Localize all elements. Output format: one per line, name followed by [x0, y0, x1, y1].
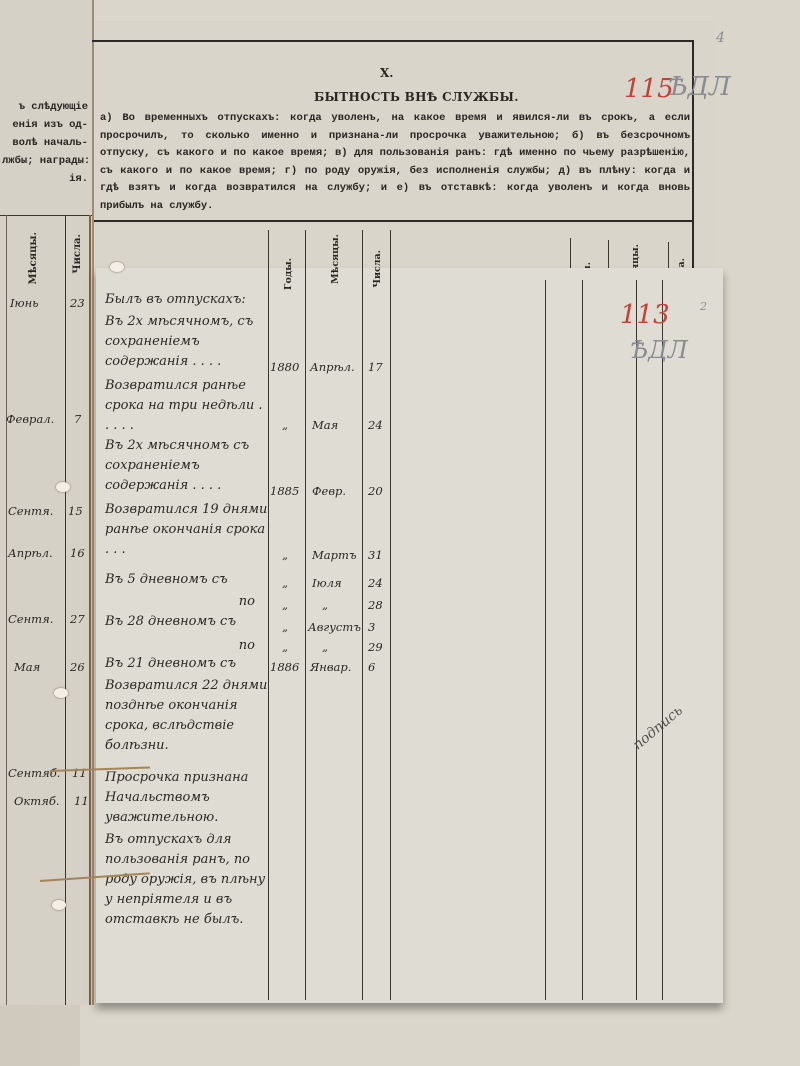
entry-year: 1880 — [270, 360, 299, 374]
left-header-days: Числа. — [72, 234, 83, 274]
entry-month: Мая — [312, 418, 338, 432]
section-number: X. — [380, 66, 394, 80]
entry-text: по — [105, 636, 255, 656]
col-line — [390, 230, 391, 1000]
entry-month: Августъ — [308, 620, 361, 634]
left-vline — [65, 215, 66, 1005]
col-line — [545, 280, 546, 1000]
binding-hole — [56, 482, 70, 492]
entry-month: Апрѣл. — [310, 360, 355, 374]
entry-month: „ — [322, 640, 328, 654]
section-title: БЫТНОСТЬ ВНѢ СЛУЖБЫ. — [314, 90, 519, 104]
entry-text: по — [105, 592, 255, 612]
left-day: 15 — [68, 504, 83, 518]
page-number-red: 115 — [624, 74, 674, 104]
entry-month: Февр. — [312, 484, 346, 498]
binding-hole — [110, 262, 124, 272]
entry-year: „ — [282, 418, 288, 432]
entry-day: 3 — [368, 620, 375, 634]
entry-day: 24 — [368, 576, 383, 590]
binding-hole — [52, 900, 66, 910]
entry-month: Январ. — [310, 660, 351, 674]
left-day: 23 — [70, 296, 85, 310]
left-month: Сентя. — [8, 612, 53, 626]
entry-year: „ — [282, 640, 288, 654]
col-line — [582, 280, 583, 1000]
entry-year: „ — [282, 598, 288, 612]
entry-day: 17 — [368, 360, 383, 374]
entry-text: Возвратился 22 днями позднѣе окончанія с… — [105, 676, 270, 756]
entry-year: „ — [282, 548, 288, 562]
left-vline — [6, 215, 7, 1005]
entry-day: 20 — [368, 484, 383, 498]
entry-text: Былъ въ отпускахъ: — [105, 290, 270, 310]
insert-corner-mark: 2 — [700, 300, 707, 313]
left-page-text: ъ слѣдующіе енія изъ од- волѣ началь- лж… — [2, 98, 88, 188]
col-line — [636, 280, 637, 1000]
entry-year: 1886 — [270, 660, 299, 674]
col-line — [662, 280, 663, 1000]
left-month: Октяб. — [14, 794, 60, 808]
left-month: Мая — [14, 660, 40, 674]
page-mark-pencil: ѢДЛ — [668, 72, 731, 102]
corner-pencil-mark: 4 — [716, 30, 725, 46]
entry-text: Въ отпускахъ для пользованія ранъ, по ро… — [105, 830, 270, 930]
left-day: 7 — [74, 412, 81, 426]
entry-text: Въ 2х мѣсячномъ съ сохраненіемъ содержан… — [105, 436, 270, 496]
left-day: 16 — [70, 546, 85, 560]
entry-day: 24 — [368, 418, 383, 432]
entry-day: 28 — [368, 598, 383, 612]
insert-page-number-red: 113 — [620, 300, 670, 330]
left-month: Апрѣл. — [8, 546, 53, 560]
entry-text: Въ 5 дневномъ съ — [105, 570, 270, 590]
entry-day: 6 — [368, 660, 375, 674]
binding-line — [89, 215, 91, 1005]
entry-year: „ — [282, 620, 288, 634]
header-months: Мѣсяцы. — [330, 234, 341, 284]
entry-day: 29 — [368, 640, 383, 654]
entry-text: Въ 2х мѣсячномъ, съ сохраненіемъ содержа… — [105, 312, 270, 372]
left-day: 26 — [70, 660, 85, 674]
left-day: 11 — [74, 794, 89, 808]
col-line — [362, 230, 363, 1000]
header-rule — [94, 220, 694, 222]
entry-text: Возвратился ранѣе срока на три недѣли . … — [105, 376, 270, 436]
left-month: Сентя. — [8, 504, 53, 518]
entry-year: „ — [282, 576, 288, 590]
left-month: Феврал. — [6, 412, 54, 426]
section-description: а) Во временныхъ отпускахъ: когда уволен… — [100, 110, 690, 215]
entry-day: 31 — [368, 548, 383, 562]
left-header-months: Мѣсяцы. — [28, 232, 39, 284]
entry-month: „ — [322, 598, 328, 612]
left-month: Іюнь — [10, 296, 39, 310]
left-month: Сентяб. — [8, 766, 60, 780]
left-page: ъ слѣдующіе енія изъ од- волѣ началь- лж… — [0, 0, 94, 1005]
binding-hole — [54, 688, 68, 698]
header-days: Числа. — [372, 250, 383, 288]
entry-year: 1885 — [270, 484, 299, 498]
entry-text: Въ 21 дневномъ съ — [105, 654, 270, 674]
left-day: 27 — [70, 612, 85, 626]
entry-text: Возвратился 19 днями ранѣе окончанія сро… — [105, 500, 270, 560]
entry-text: Въ 28 дневномъ съ — [105, 612, 270, 632]
entry-month: Мартъ — [312, 548, 357, 562]
entry-month: Іюля — [312, 576, 342, 590]
insert-page-mark-pencil: ѢДЛ — [630, 336, 688, 364]
left-rule — [0, 215, 92, 216]
header-years: Годы. — [283, 258, 294, 290]
entry-text: Просрочка признана Начальствомъ уважител… — [105, 768, 270, 828]
col-line — [305, 230, 306, 1000]
